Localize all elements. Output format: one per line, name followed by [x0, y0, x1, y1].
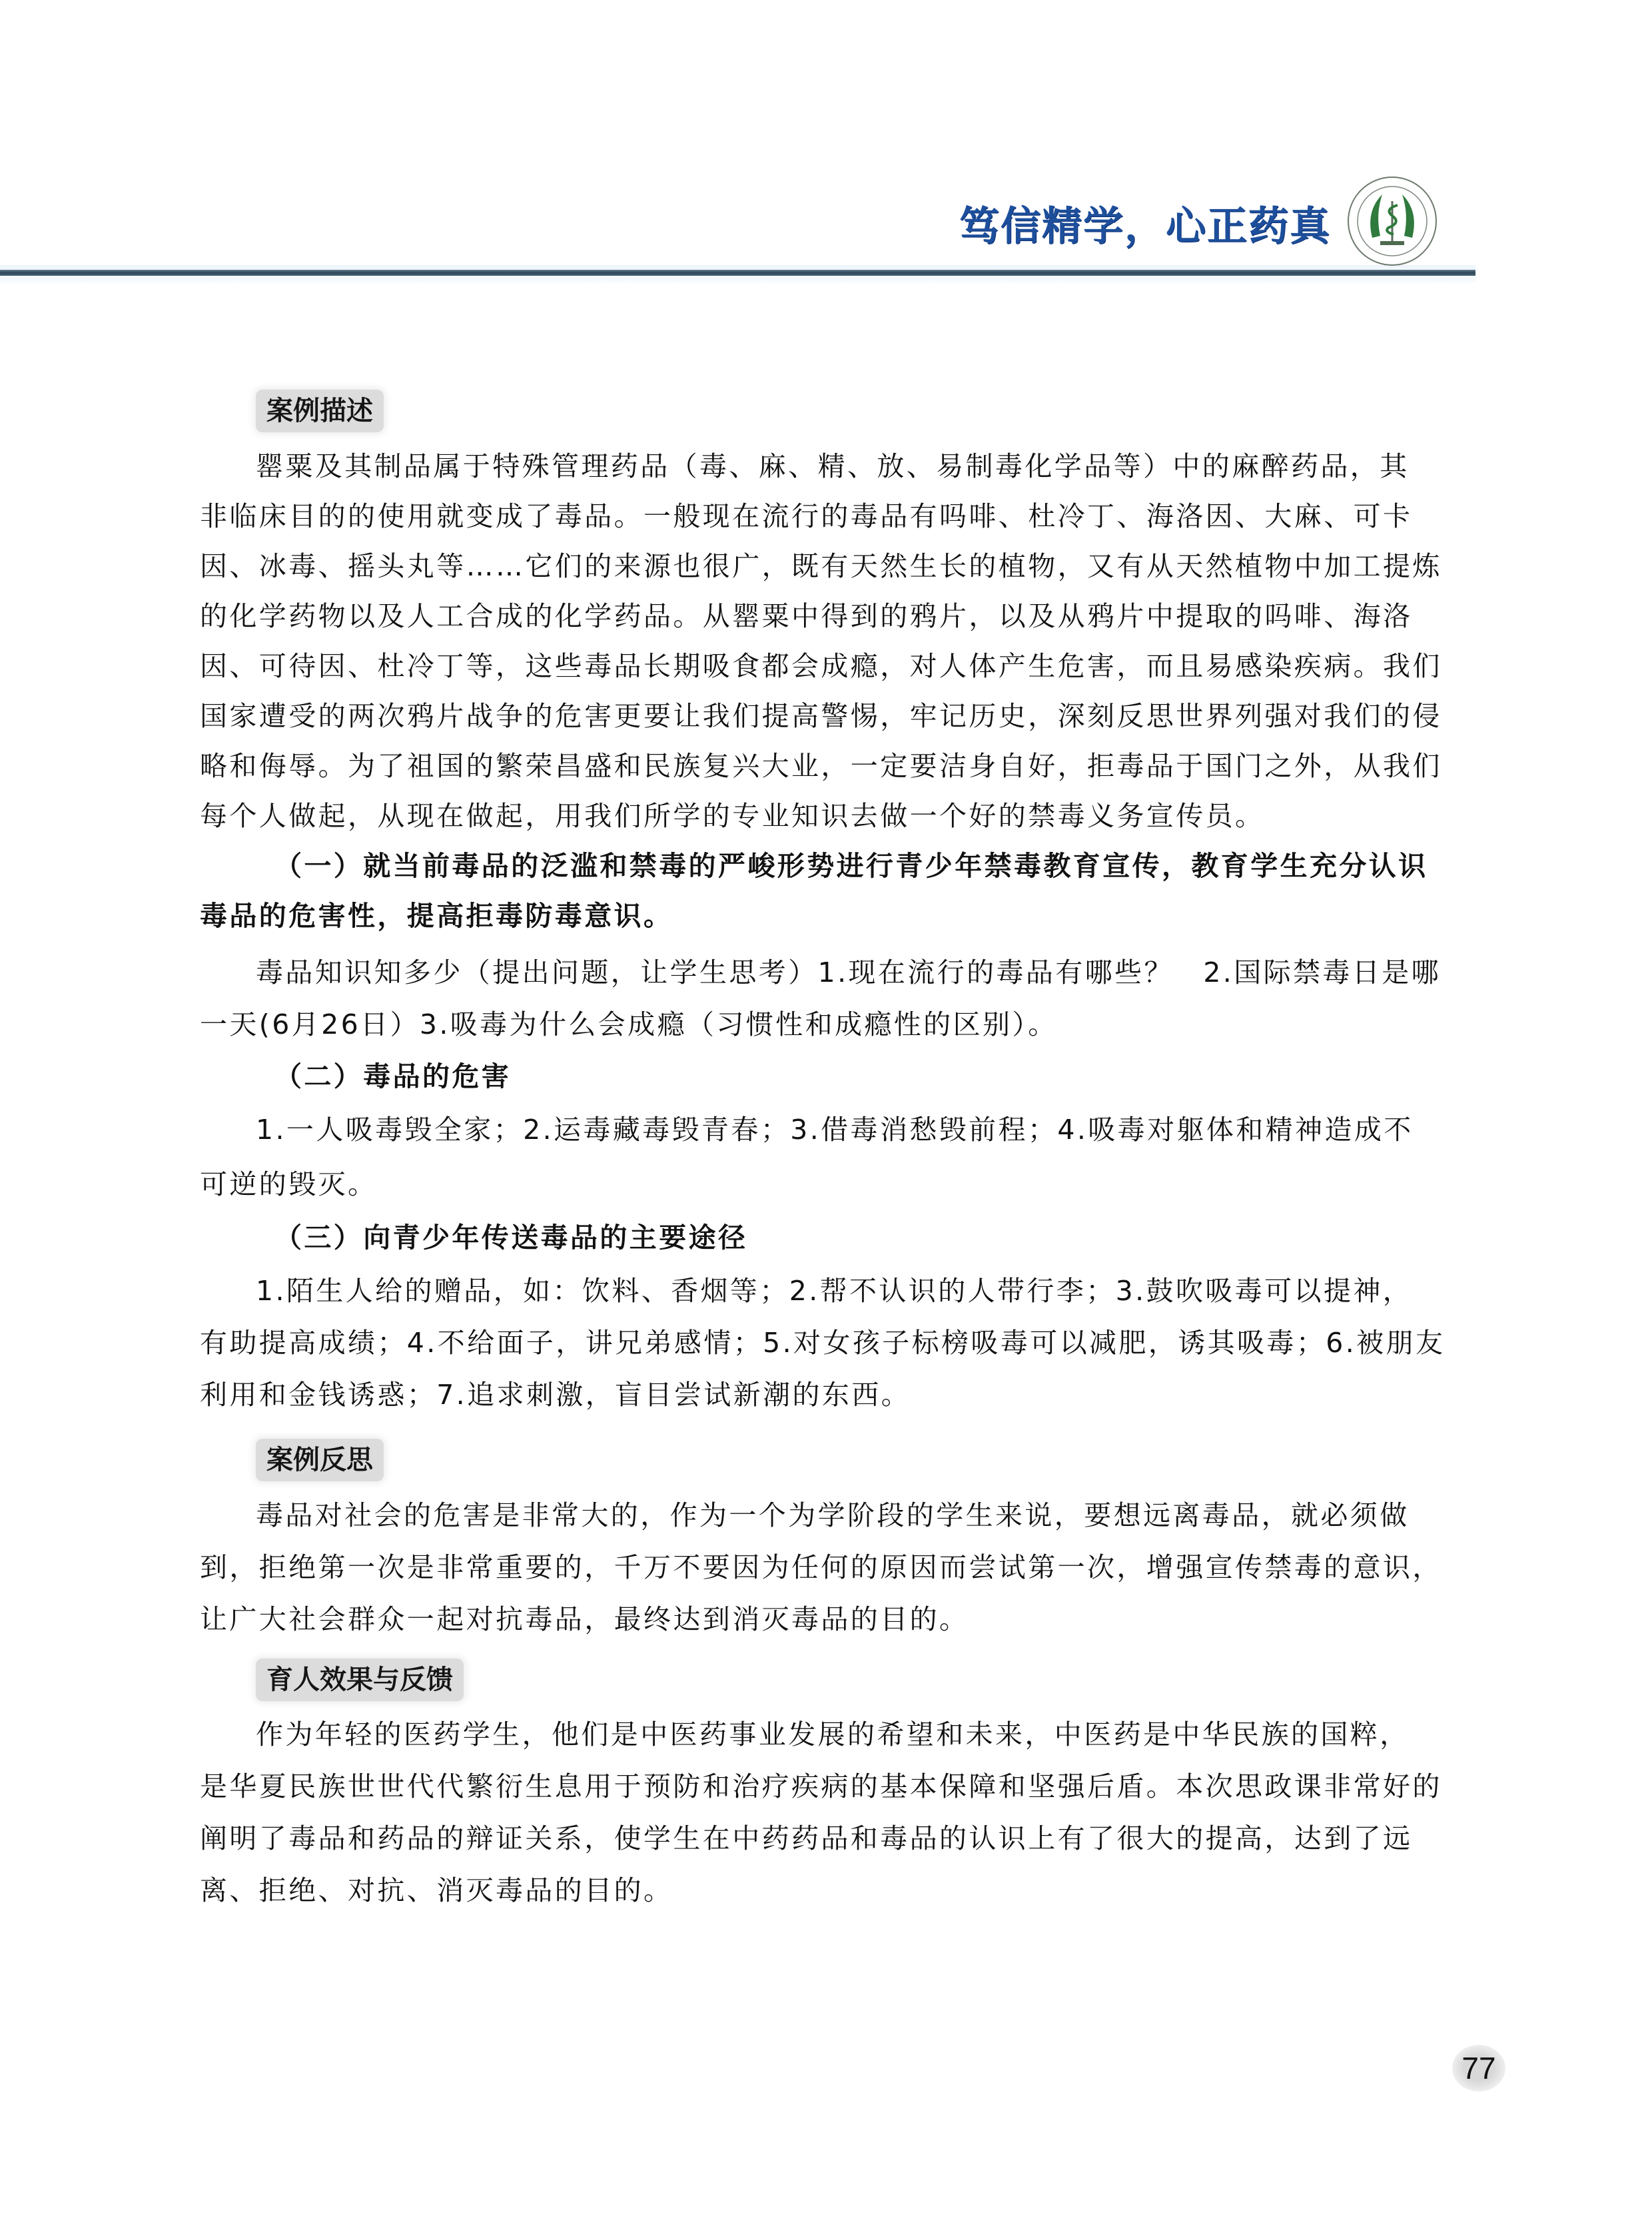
school-emblem-icon — [1346, 175, 1439, 268]
paragraph-line: 1.一人吸毒毁全家；2.运毒藏毒毁青春；3.借毒消愁毁前程；4.吸毒对躯体和精神… — [256, 1111, 1452, 1148]
paragraph-line: 毒品对社会的危害是非常大的，作为一个为学阶段的学生来说，要想远离毒品，就必须做 — [256, 1497, 1452, 1534]
paragraph-line: 略和侮辱。为了祖国的繁荣昌盛和民族复兴大业，一定要洁身自好，拒毒品于国门之外，从… — [200, 747, 1452, 785]
header-motto: 笃信精学，心正药真 — [959, 190, 1332, 263]
paragraph-line: 是华夏民族世世代代繁衍生息用于预防和治疗疾病的基本保障和坚强后盾。本次思政课非常… — [200, 1768, 1452, 1805]
paragraph-line: 作为年轻的医药学生，他们是中医药事业发展的希望和未来，中医药是中华民族的国粹， — [256, 1716, 1452, 1753]
paragraph-line: 毒品知识知多少（提出问题，让学生思考）1.现在流行的毒品有哪些？ 2.国际禁毒日… — [256, 954, 1452, 991]
paragraph-line: 的化学药物以及人工合成的化学药品。从罂粟中得到的鸦片，以及从鸦片中提取的吗啡、海… — [200, 597, 1452, 635]
paragraph-line: 利用和金钱诱惑；7.追求刺激，盲目尝试新潮的东西。 — [200, 1376, 1452, 1413]
paragraph-line: 一天(6月26日）3.吸毒为什么会成瘾（习惯性和成瘾性的区别）。 — [200, 1006, 1452, 1043]
paragraph-line: 离、拒绝、对抗、消灭毒品的目的。 — [200, 1872, 1452, 1909]
page-number: 77 — [1452, 2045, 1505, 2091]
subheading-2: （二）毒品的危害 — [274, 1058, 1527, 1095]
paragraph-line: 国家遭受的两次鸦片战争的危害更要让我们提高警惕，牢记历史，深刻反思世界列强对我们… — [200, 697, 1452, 735]
header-rule — [0, 270, 1475, 276]
paragraph-line: 因、冰毒、摇头丸等……它们的来源也很广，既有天然生长的植物，又有从天然植物中加工… — [200, 548, 1452, 585]
section-tag-case-description: 案例描述 — [256, 390, 384, 432]
paragraph-line: 非临床目的的使用就变成了毒品。一般现在流行的毒品有吗啡、杜冷丁、海洛因、大麻、可… — [200, 498, 1452, 535]
section-tag-case-reflection: 案例反思 — [256, 1439, 384, 1481]
paragraph-line: 罂粟及其制品属于特殊管理药品（毒、麻、精、放、易制毒化学品等）中的麻醉药品，其 — [256, 448, 1452, 485]
paragraph-line: 因、可待因、杜冷丁等，这些毒品长期吸食都会成瘾，对人体产生危害，而且易感染疾病。… — [200, 647, 1452, 685]
section-tag-education-effect: 育人效果与反馈 — [256, 1659, 464, 1701]
paragraph-line: 到，拒绝第一次是非常重要的，千万不要因为任何的原因而尝试第一次，增强宣传禁毒的意… — [200, 1549, 1452, 1586]
paragraph-line: 有助提高成绩；4.不给面子，讲兄弟感情；5.对女孩子标榜吸毒可以减肥，诱其吸毒；… — [200, 1324, 1452, 1361]
paragraph-line: 阐明了毒品和药品的辩证关系，使学生在中药药品和毒品的认识上有了很大的提高，达到了… — [200, 1820, 1452, 1857]
subheading-1: （一）就当前毒品的泛滥和禁毒的严峻形势进行青少年禁毒教育宣传，教育学生充分认识 — [274, 847, 1527, 885]
paragraph-line: 可逆的毁灭。 — [200, 1166, 1452, 1203]
subheading-1-cont: 毒品的危害性，提高拒毒防毒意识。 — [200, 897, 1452, 934]
paragraph-line: 1.陌生人给的赠品，如：饮料、香烟等；2.帮不认识的人带行李；3.鼓吹吸毒可以提… — [256, 1272, 1452, 1309]
paragraph-line: 每个人做起，从现在做起，用我们所学的专业知识去做一个好的禁毒义务宣传员。 — [200, 797, 1452, 835]
subheading-3: （三）向青少年传送毒品的主要途径 — [274, 1219, 1527, 1256]
paragraph-line: 让广大社会群众一起对抗毒品，最终达到消灭毒品的目的。 — [200, 1601, 1452, 1638]
